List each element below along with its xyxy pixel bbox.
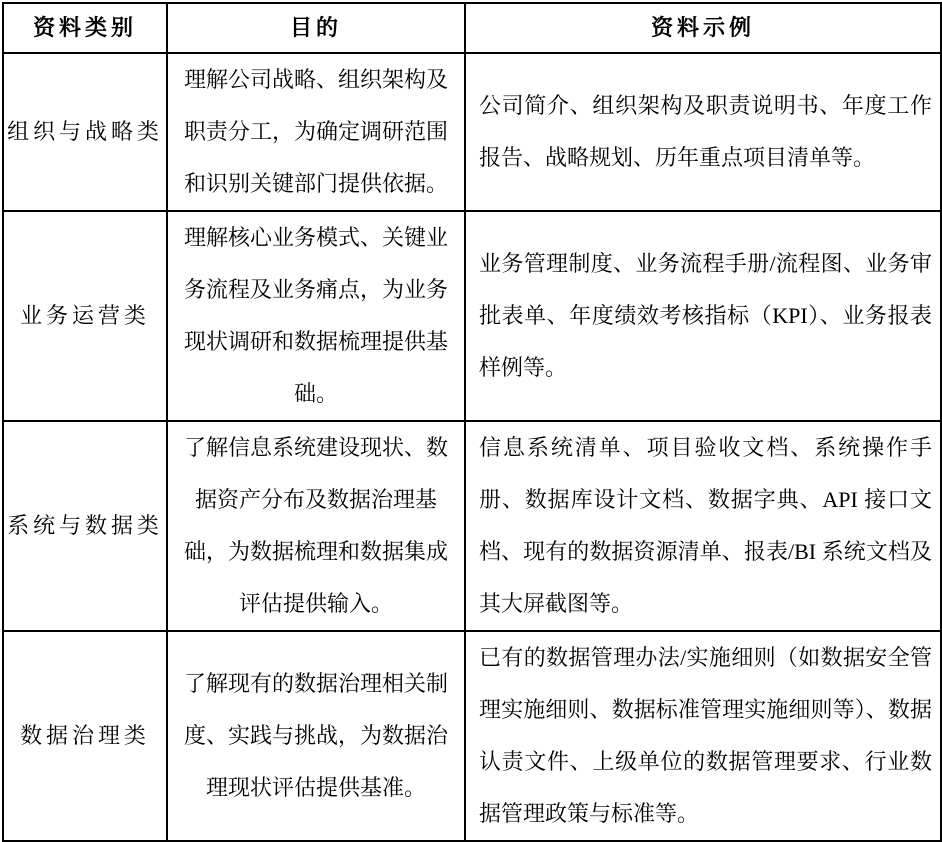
table-row-organization-strategy: 组织与战略类 理解公司战略、组织架构及职责分工，为确定调研范围和识别关键部门提供… [3,53,941,211]
cell-category: 业务运营类 [3,211,167,421]
cell-purpose: 了解信息系统建设现状、数据资产分布及数据治理基础，为数据梳理和数据集成评估提供输… [167,421,465,631]
table-row-data-governance: 数据治理类 了解现有的数据治理相关制度、实践与挑战，为数据治理现状评估提供基准。… [3,631,941,841]
cell-examples: 公司简介、组织架构及职责说明书、年度工作报告、战略规划、历年重点项目清单等。 [465,53,941,211]
header-examples: 资料示例 [465,3,941,53]
cell-examples: 信息系统清单、项目验收文档、系统操作手册、数据库设计文档、数据字典、API 接口… [465,421,941,631]
cell-examples: 业务管理制度、业务流程手册/流程图、业务审批表单、年度绩效考核指标（KPI）、业… [465,211,941,421]
cell-purpose: 理解核心业务模式、关键业务流程及业务痛点，为业务现状调研和数据梳理提供基础。 [167,211,465,421]
document-page: 资料类别 目的 资料示例 组织与战略类 理解公司战略、组织架构及职责分工，为确定… [0,0,942,832]
header-category: 资料类别 [3,3,167,53]
cell-purpose: 了解现有的数据治理相关制度、实践与挑战，为数据治理现状评估提供基准。 [167,631,465,841]
table-row-business-operations: 业务运营类 理解核心业务模式、关键业务流程及业务痛点，为业务现状调研和数据梳理提… [3,211,941,421]
cell-category: 数据治理类 [3,631,167,841]
cell-category: 系统与数据类 [3,421,167,631]
cell-examples: 已有的数据管理办法/实施细则（如数据安全管理实施细则、数据标准管理实施细则等）、… [465,631,941,841]
materials-table: 资料类别 目的 资料示例 组织与战略类 理解公司战略、组织架构及职责分工，为确定… [2,2,942,842]
cell-purpose: 理解公司战略、组织架构及职责分工，为确定调研范围和识别关键部门提供依据。 [167,53,465,211]
header-purpose: 目的 [167,3,465,53]
header-row: 资料类别 目的 资料示例 [3,3,941,53]
cell-category: 组织与战略类 [3,53,167,211]
table-row-systems-data: 系统与数据类 了解信息系统建设现状、数据资产分布及数据治理基础，为数据梳理和数据… [3,421,941,631]
